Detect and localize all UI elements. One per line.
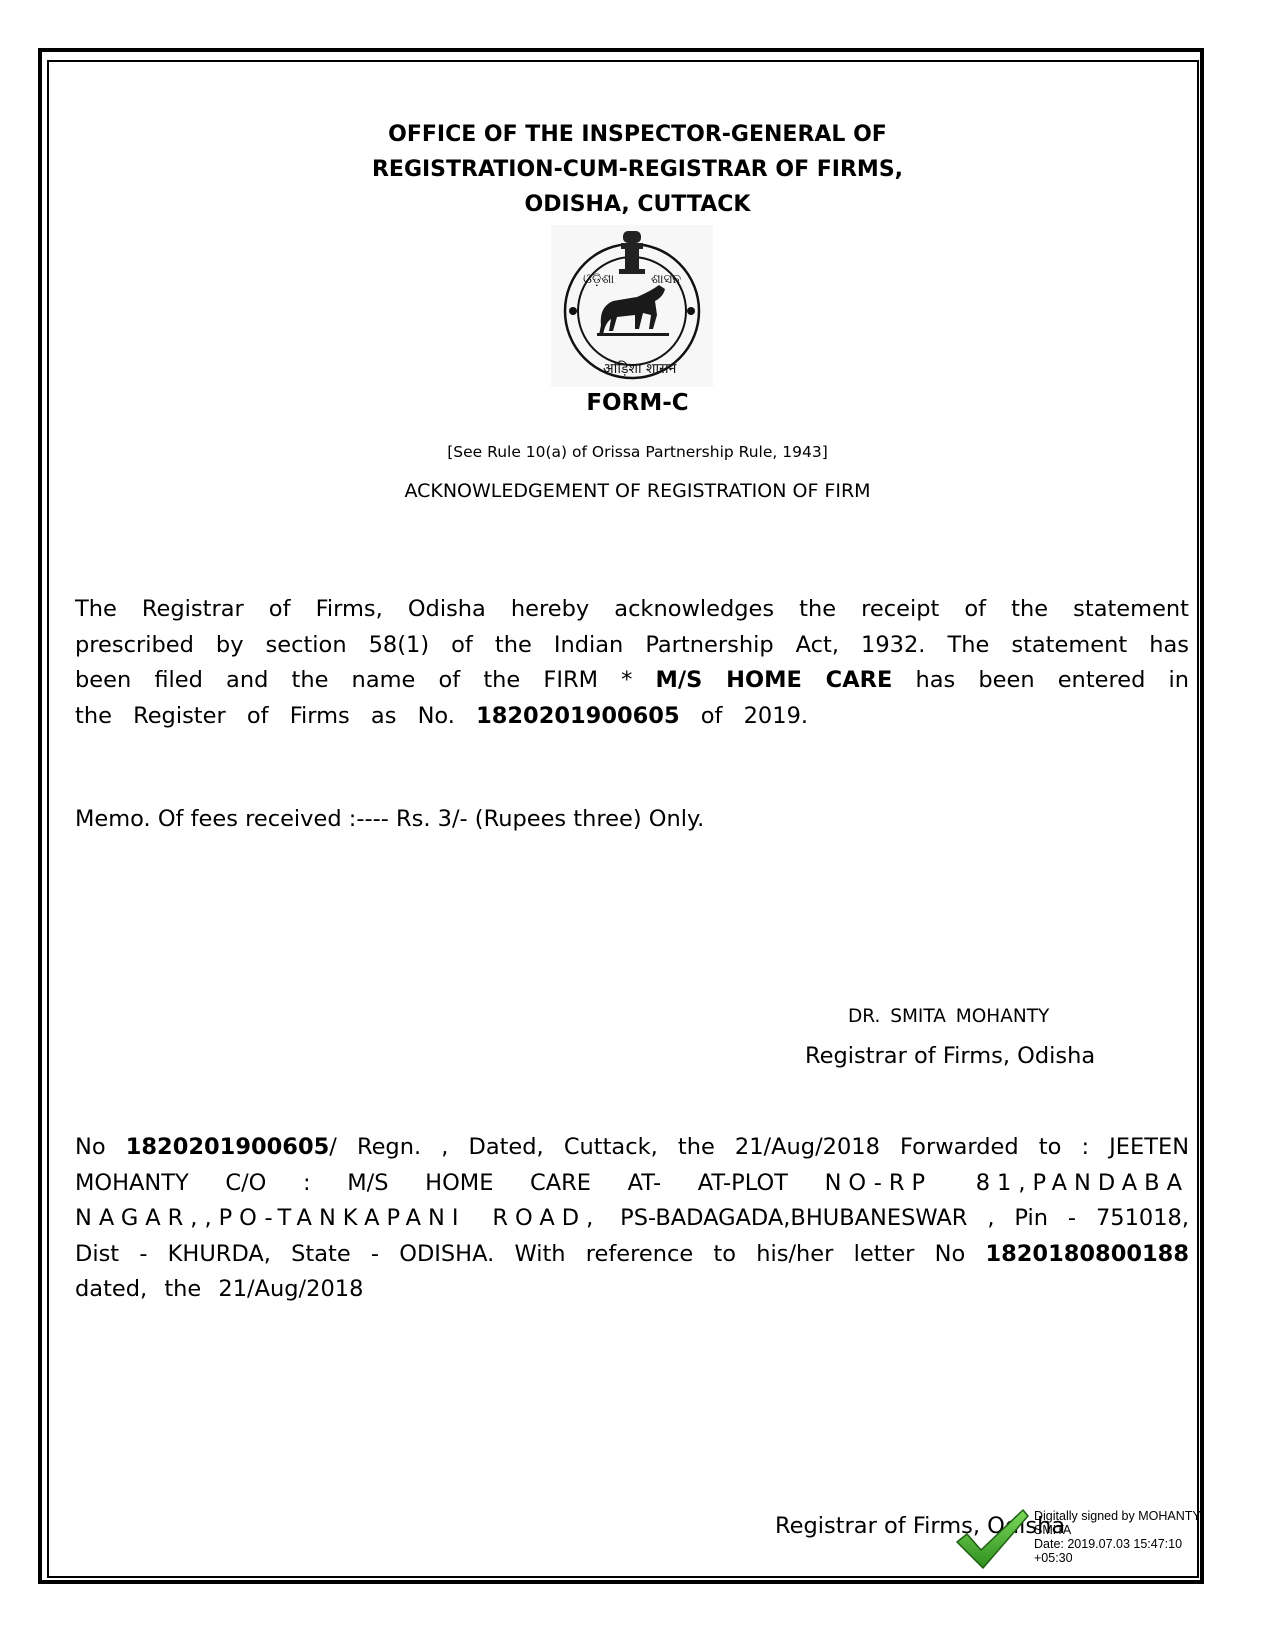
- office-heading-line3: ODISHA, CUTTACK: [0, 187, 1275, 222]
- dsig-date: Date: 2019.07.03 15:47:10: [1034, 1537, 1214, 1551]
- fees-memo: Memo. Of fees received :---- Rs. 3/- (Ru…: [75, 806, 704, 832]
- emblem-text-right: ଶାସନ: [651, 272, 681, 287]
- forwarding-registration-number: 1820201900605: [126, 1134, 330, 1160]
- dsig-signer: SMITA: [1034, 1523, 1214, 1537]
- letter-number: 1820180800188: [985, 1241, 1189, 1267]
- signatory-title: Registrar of Firms, Odisha: [805, 1043, 1095, 1069]
- year-text: of 2019.: [701, 703, 808, 729]
- signatory-name: DR. SMITA MOHANTY: [848, 1006, 1049, 1027]
- emblem-text-bottom: ओड़िशा शासन: [603, 360, 677, 377]
- emblem-text-left: ଓଡ଼ିଶା: [583, 272, 614, 287]
- odisha-emblem-icon: ଓଡ଼ିଶା ଶାସନ ओड़िशा शासन: [551, 225, 713, 387]
- firm-name: M/S HOME CARE: [656, 667, 893, 693]
- office-heading: OFFICE OF THE INSPECTOR-GENERAL OF REGIS…: [0, 117, 1275, 222]
- registration-number: 1820201900605: [476, 703, 680, 729]
- form-title: FORM-C: [0, 390, 1275, 416]
- dsig-signed-by: Digitally signed by MOHANTY: [1034, 1509, 1214, 1523]
- forwarding-paragraph: No 1820201900605/ Regn. , Dated, Cuttack…: [75, 1130, 1189, 1308]
- letter-date: dated, the 21/Aug/2018: [75, 1276, 363, 1302]
- dsig-timezone: +05:30: [1034, 1551, 1214, 1565]
- office-heading-line1: OFFICE OF THE INSPECTOR-GENERAL OF: [0, 117, 1275, 152]
- acknowledgement-title: ACKNOWLEDGEMENT OF REGISTRATION OF FIRM: [0, 480, 1275, 502]
- rule-reference: [See Rule 10(a) of Orissa Partnership Ru…: [0, 443, 1275, 461]
- digital-signature-block[interactable]: Digitally signed by MOHANTY SMITA Date: …: [1034, 1509, 1214, 1565]
- no-label: No: [75, 1134, 106, 1160]
- signature-valid-check-icon[interactable]: [955, 1508, 1030, 1570]
- office-heading-line2: REGISTRATION-CUM-REGISTRAR OF FIRMS,: [0, 152, 1275, 187]
- acknowledgement-paragraph: The Registrar of Firms, Odisha hereby ac…: [75, 592, 1189, 734]
- dated-text: / Regn. , Dated, Cuttack, the 21/Aug/201…: [329, 1134, 880, 1160]
